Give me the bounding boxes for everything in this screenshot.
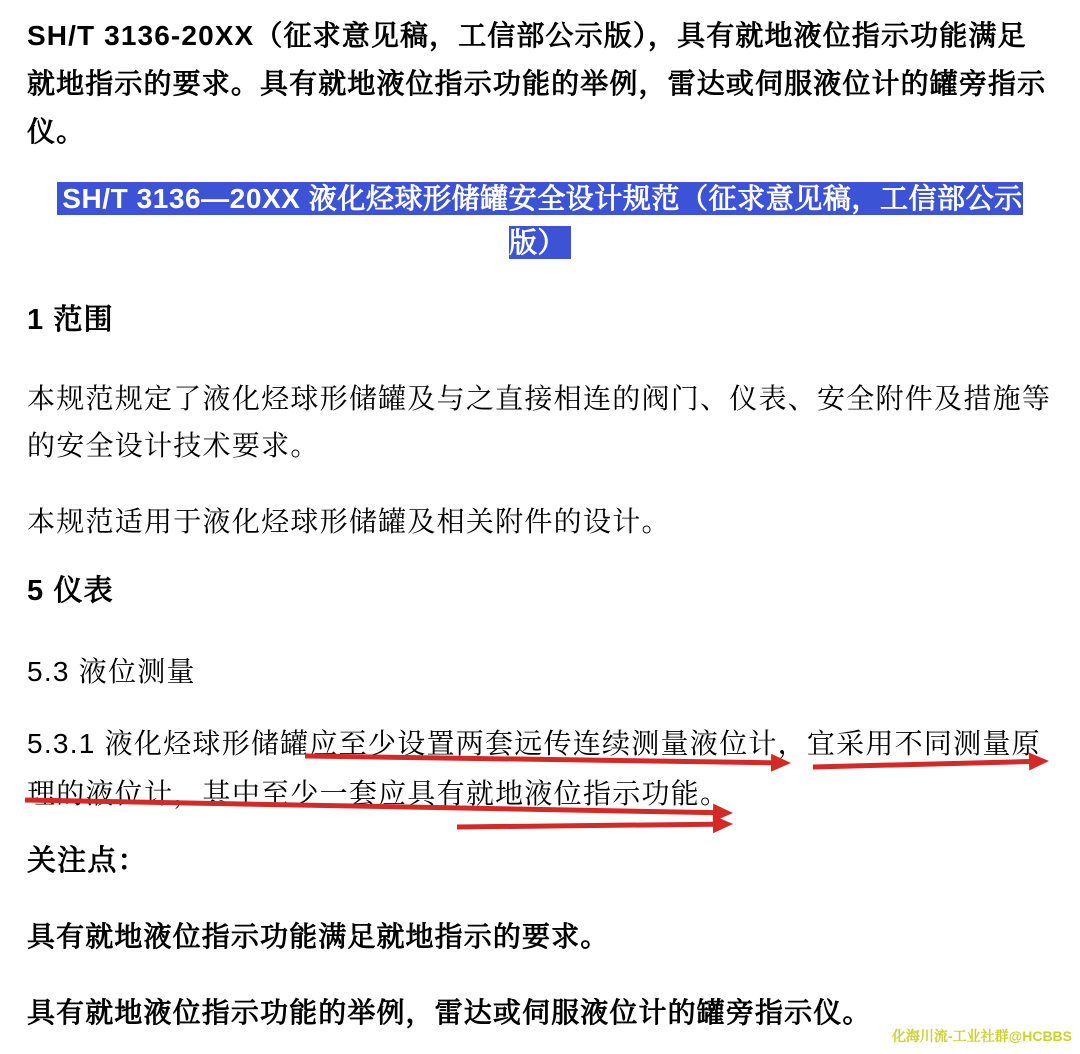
- highlighted-standard-title: SH/T 3136—20XX 液化烃球形储罐安全设计规范（征求意见稿，工信部公示…: [0, 177, 1080, 265]
- section-heading-instruments: 5 仪表: [27, 574, 114, 609]
- watermark: 化海川流-工业社群@HCBBS: [892, 1026, 1072, 1046]
- section-heading-scope: 1 范围: [27, 303, 114, 338]
- highlighted-standard-title-text: SH/T 3136—20XX 液化烃球形储罐安全设计规范（征求意见稿，工信部公示…: [57, 182, 1023, 259]
- clause-5-3-1-paragraph: 5.3.1 液化烃球形储罐应至少设置两套远传连续测量液位计，宜采用不同测量原 理…: [27, 719, 1062, 819]
- note-line-2: 具有就地液位指示功能的举例，雷达或伺服液位计的罐旁指示仪。: [27, 996, 1062, 1030]
- scope-paragraph-1: 本规范规定了液化烃球形储罐及与之直接相连的阀门、仪表、安全附件及措施等 的安全设…: [27, 375, 1062, 469]
- notes-heading: 关注点：: [27, 844, 148, 879]
- scope-paragraph-2: 本规范适用于液化烃球形储罐及相关附件的设计。: [27, 498, 1062, 545]
- note-line-1: 具有就地液位指示功能满足就地指示的要求。: [27, 920, 1062, 954]
- subsection-heading-level-measurement: 5.3 液位测量: [27, 648, 1062, 695]
- intro-paragraph: SH/T 3136-20XX（征求意见稿，工信部公示版），具有就地液位指示功能满…: [27, 12, 1057, 156]
